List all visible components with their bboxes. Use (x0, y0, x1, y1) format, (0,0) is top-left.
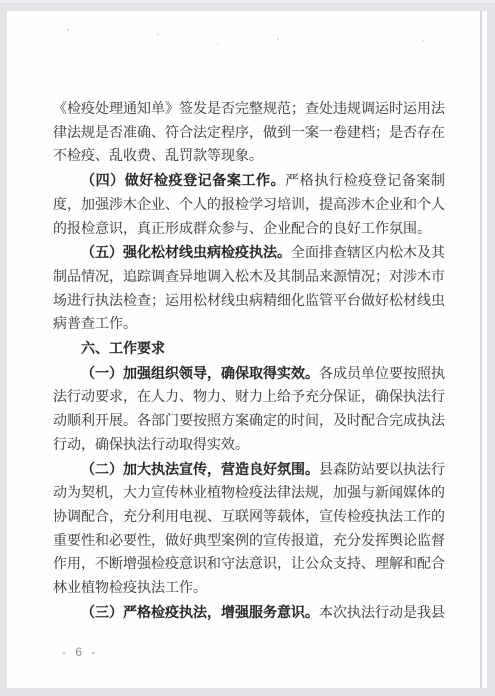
paragraph-lead-bold: （四）做好检疫登记备案工作。 (81, 172, 285, 188)
paragraph-text: 本次执法行动是我县 (319, 606, 445, 621)
document-page: 《检疫处理通知单》签发是否完整规范；查处违规调运时运用法律法规是否准确、符合法定… (7, 11, 487, 688)
document-paragraph: （一）加强组织领导，确保取得实效。各成员单位要按照执法行动要求，在人力、物力、财… (53, 362, 445, 458)
paragraph-lead-bold: （五）强化松材线虫病检疫执法。 (81, 244, 291, 260)
page-number: - 6 - (62, 645, 98, 659)
document-paragraph: （三）严格检疫执法，增强服务意识。本次执法行动是我县 (53, 601, 445, 626)
paragraph-lead-bold: 六、工作要求 (81, 340, 165, 356)
paragraph-lead-bold: （一）加强组织领导，确保取得实效。 (81, 365, 319, 381)
paragraph-lead-bold: （二）加大执法宣传，营造良好氛围。 (81, 461, 319, 477)
document-text-block: 《检疫处理通知单》签发是否完整规范；查处违规调运时运用法律法规是否准确、符合法定… (53, 98, 445, 625)
paper-edge-line-artifact (480, 11, 482, 688)
scan-speckle-artifacts (67, 29, 69, 31)
scanned-document-view: { "page": { "number_label": "- 6 -" }, "… (0, 0, 495, 696)
document-paragraph: 《检疫处理通知单》签发是否完整规范；查处违规调运时运用法律法规是否准确、符合法定… (53, 98, 445, 169)
paragraph-lead-bold: （三）严格检疫执法，增强服务意识。 (81, 604, 319, 620)
document-paragraph: 六、工作要求 (53, 337, 445, 362)
paragraph-text: 县森防站要以执法行动为契机，大力宣传林业植物检疫法律法规，加强与新闻媒体的协调配… (53, 463, 445, 597)
document-paragraph: （四）做好检疫登记备案工作。严格执行检疫登记备案制度，加强涉木企业、个人的报检学… (53, 169, 445, 241)
document-paragraph: （二）加大执法宣传，营造良好氛围。县森防站要以执法行动为契机，大力宣传林业植物检… (53, 458, 445, 601)
document-paragraph: （五）强化松材线虫病检疫执法。全面排查辖区内松木及其制品情况，追踪调查异地调入松… (53, 241, 445, 337)
paragraph-text: 《检疫处理通知单》签发是否完整规范；查处违规调运时运用法律法规是否准确、符合法定… (53, 102, 445, 164)
viewer-top-highlight (0, 0, 495, 3)
